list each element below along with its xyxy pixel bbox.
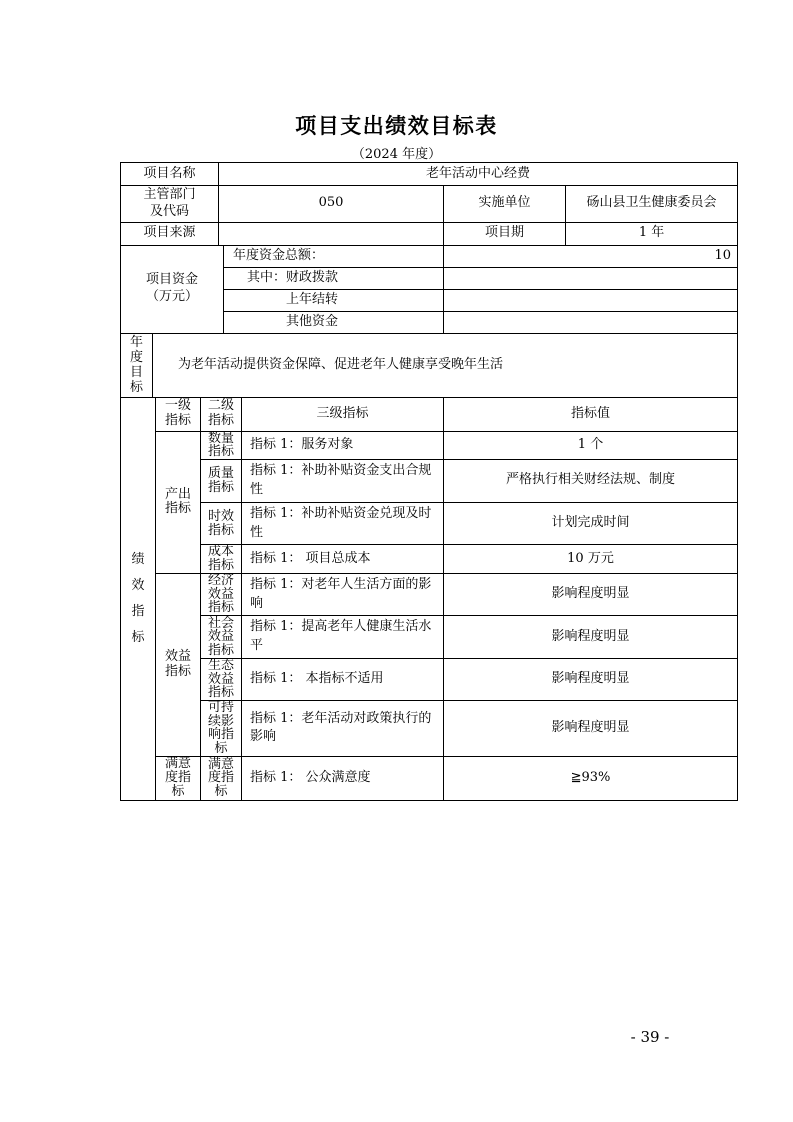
level2-label: 时效指标 [201, 502, 242, 545]
funds-total-label: 年度资金总额： [224, 245, 444, 267]
level3-text: 指标 1：提高老年人健康生活水平 [242, 616, 444, 659]
header-value: 指标值 [444, 397, 738, 431]
project-period-label: 项目期 [444, 222, 566, 245]
performance-target-table: 项目名称 老年活动中心经费 主管部门 及代码 050 实施单位 砀山县卫生健康委… [120, 162, 737, 801]
funds-other-label: 其他资金 [224, 311, 444, 333]
funds-other-value [444, 311, 738, 333]
funds-carryover-value [444, 289, 738, 311]
annual-goal-label: 年度目标 [121, 333, 153, 397]
header-level1: 一级指标 [156, 397, 201, 431]
level3-text: 指标 1：补助补贴资金支出合规性 [242, 460, 444, 503]
indicator-value: 影响程度明显 [444, 573, 738, 616]
indicators-table: 绩效指标 一级指标 二级指标 三级指标 指标值 产出指标 数量指标 指标 1：服… [120, 397, 738, 801]
project-period-value: 1 年 [566, 222, 738, 245]
info-table: 项目名称 老年活动中心经费 主管部门 及代码 050 实施单位 砀山县卫生健康委… [120, 162, 738, 246]
level2-label: 社会效益指标 [201, 616, 242, 659]
level2-label: 满意度指标 [201, 756, 242, 800]
header-level3: 三级指标 [242, 397, 444, 431]
indicator-value: 严格执行相关财经法规、制度 [444, 460, 738, 503]
level3-text: 指标 1： 公众满意度 [242, 756, 444, 800]
indicator-value: 影响程度明显 [444, 659, 738, 701]
page-number: - 39 - [619, 1028, 681, 1046]
indicator-row: 产出指标 数量指标 指标 1：服务对象 1 个 [121, 431, 738, 459]
level3-text: 指标 1： 项目总成本 [242, 545, 444, 573]
funds-fiscal-value [444, 267, 738, 289]
indicator-row: 效益指标 经济效益指标 指标 1：对老年人生活方面的影响 影响程度明显 [121, 573, 738, 616]
level3-text: 指标 1： 本指标不适用 [242, 659, 444, 701]
level3-text: 指标 1：老年活动对政策执行的影响 [242, 701, 444, 757]
indicator-row: 社会效益指标 指标 1：提高老年人健康生活水平 影响程度明显 [121, 616, 738, 659]
project-name-value: 老年活动中心经费 [219, 163, 738, 186]
funds-fiscal-label: 其中：财政拨款 [224, 267, 444, 289]
annual-goal-table: 年度目标 为老年活动提供资金保障、促进老年人健康享受晚年生活 [120, 333, 738, 398]
indicator-row: 成本指标 指标 1： 项目总成本 10 万元 [121, 545, 738, 573]
group-output-label: 产出指标 [156, 431, 201, 573]
indicator-value: 1 个 [444, 431, 738, 459]
funds-carryover-label: 上年结转 [224, 289, 444, 311]
impl-unit-label: 实施单位 [444, 186, 566, 223]
level2-label: 生态效益指标 [201, 659, 242, 701]
impl-unit-value: 砀山县卫生健康委员会 [566, 186, 738, 223]
indicator-value: 影响程度明显 [444, 701, 738, 757]
level2-label: 质量指标 [201, 460, 242, 503]
document-page: 项目支出绩效目标表 （2024 年度） 项目名称 老年活动中心经费 主管部门 及… [0, 0, 793, 1122]
indicator-row: 质量指标 指标 1：补助补贴资金支出合规性 严格执行相关财经法规、制度 [121, 460, 738, 503]
project-name-label: 项目名称 [121, 163, 219, 186]
level3-text: 指标 1：补助补贴资金兑现及时性 [242, 502, 444, 545]
header-level2: 二级指标 [201, 397, 242, 431]
level3-text: 指标 1：对老年人生活方面的影响 [242, 573, 444, 616]
indicator-value: 10 万元 [444, 545, 738, 573]
dept-label: 主管部门 及代码 [121, 186, 219, 223]
funds-label: 项目资金 （万元） [121, 245, 224, 333]
indicator-value: ≧93% [444, 756, 738, 800]
level2-label: 经济效益指标 [201, 573, 242, 616]
project-source-label: 项目来源 [121, 222, 219, 245]
indicator-row: 生态效益指标 指标 1： 本指标不适用 影响程度明显 [121, 659, 738, 701]
level2-label: 可持续影响指标 [201, 701, 242, 757]
group-satisfaction-label: 满意度指标 [156, 756, 201, 800]
indicator-row: 时效指标 指标 1：补助补贴资金兑现及时性 计划完成时间 [121, 502, 738, 545]
dept-code: 050 [219, 186, 444, 223]
level2-label: 成本指标 [201, 545, 242, 573]
indicator-row: 满意度指标 满意度指标 指标 1： 公众满意度 ≧93% [121, 756, 738, 800]
indicator-value: 影响程度明显 [444, 616, 738, 659]
page-subtitle: （2024 年度） [0, 143, 793, 162]
performance-side-label: 绩效指标 [121, 397, 156, 800]
annual-goal-text: 为老年活动提供资金保障、促进老年人健康享受晚年生活 [153, 333, 738, 397]
project-source-value [219, 222, 444, 245]
group-benefit-label: 效益指标 [156, 573, 201, 756]
level3-text: 指标 1：服务对象 [242, 431, 444, 459]
funds-total-value: 10 [444, 245, 738, 267]
page-title: 项目支出绩效目标表 [0, 110, 793, 140]
indicator-value: 计划完成时间 [444, 502, 738, 545]
indicator-row: 可持续影响指标 指标 1：老年活动对政策执行的影响 影响程度明显 [121, 701, 738, 757]
level2-label: 数量指标 [201, 431, 242, 459]
funds-table: 项目资金 （万元） 年度资金总额： 10 其中：财政拨款 上年结转 其他资金 [120, 245, 738, 334]
